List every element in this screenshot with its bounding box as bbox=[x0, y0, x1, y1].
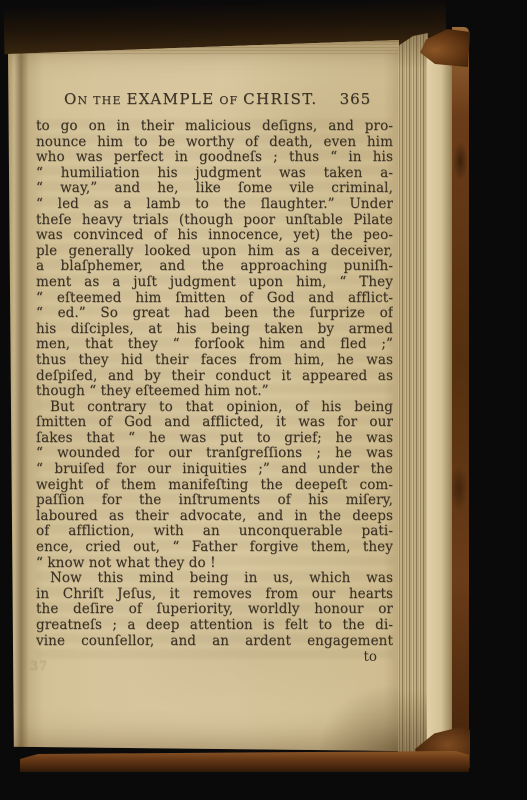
page-number: 365 bbox=[340, 90, 372, 108]
text-line: who was perfect in goodneſs ; thus “ in … bbox=[36, 150, 393, 166]
text-line: theſe heavy trials (though poor unſtable… bbox=[36, 213, 393, 229]
text-line: thus they hid their faces from him, he w… bbox=[36, 353, 393, 369]
text-line: But contrary to that opinion, of his bei… bbox=[36, 400, 393, 416]
text-line: greatneſs ; a deep attention is felt to … bbox=[36, 618, 393, 634]
text-line: “ humiliation his judgment was taken a- bbox=[36, 166, 393, 182]
catchword: to bbox=[36, 649, 377, 665]
running-head: On the EXAMPLE of CHRIST.365 bbox=[36, 90, 393, 112]
text-line: ment as a juſt judgment upon him, “ They bbox=[36, 275, 393, 291]
text-line: a blaſphemer, and the approaching puniſh… bbox=[36, 259, 393, 275]
text-block: to go on in their malicious deſigns, and… bbox=[36, 119, 393, 649]
text-line: ſmitten of God and afflicted, it was for… bbox=[36, 415, 393, 431]
text-line: was convinced of his innocence, yet) the… bbox=[36, 228, 393, 244]
text-line: Now this mind being in us, which was bbox=[36, 571, 393, 587]
text-line: vine counſellor, and an ardent engagemen… bbox=[36, 634, 393, 650]
text-line: ſakes that “ he was put to grief; he was bbox=[36, 431, 393, 447]
book-page: On the EXAMPLE of CHRIST.365 to go on in… bbox=[8, 38, 399, 751]
text-line: in Chriſt Jeſus, it removes from our hea… bbox=[36, 587, 393, 603]
text-line: the deſire of ſuperiority, worldly honou… bbox=[36, 602, 393, 618]
running-head-word: EXAMPLE bbox=[126, 90, 214, 108]
text-line: “ ed.” So great had been the ſurprize of bbox=[36, 306, 393, 322]
text-line: weight of them manifeſting the deepeſt c… bbox=[36, 478, 393, 494]
text-line: nounce him to be worthy of death, even h… bbox=[36, 135, 393, 151]
running-head-word: the bbox=[93, 90, 122, 108]
book-scan-photo: On the EXAMPLE of CHRIST.365 to go on in… bbox=[0, 0, 527, 800]
text-line: paſſion for the inſtruments of his miſer… bbox=[36, 493, 393, 509]
running-head-word: CHRIST. bbox=[243, 90, 317, 108]
text-line: to go on in their malicious deſigns, and… bbox=[36, 119, 393, 135]
text-line: ence, cried out, “ Father forgive them, … bbox=[36, 540, 393, 556]
text-line: though “ they eſteemed him not.” bbox=[36, 384, 393, 400]
text-line: “ bruiſed for our iniquities ;” and unde… bbox=[36, 462, 393, 478]
flyleaf-edge bbox=[427, 31, 453, 758]
text-line: “ wounded for our tranſgreſſions ; he wa… bbox=[36, 446, 393, 462]
running-head-word: On bbox=[36, 90, 88, 108]
bleedthrough-signature-mark: 37 bbox=[30, 658, 48, 673]
text-line: ple generally looked upon him as a decei… bbox=[36, 244, 393, 260]
text-line: men, that they “ forſook him and fled ;” bbox=[36, 337, 393, 353]
text-line: deſpiſed, and by their conduct it appear… bbox=[36, 369, 393, 385]
page-fore-edge-stack bbox=[398, 33, 428, 755]
text-line: “ way,” and he, like ſome vile criminal, bbox=[36, 181, 393, 197]
text-line: “ led as a lamb to the ſlaughter.” Under bbox=[36, 197, 393, 213]
leather-cover-edge bbox=[452, 27, 469, 772]
text-line: of affliction, with an unconquerable pat… bbox=[36, 524, 393, 540]
text-line: his diſciples, at his being taken by arm… bbox=[36, 322, 393, 338]
bottom-corner-shadow bbox=[315, 681, 405, 751]
text-line: “ know not what they do ! bbox=[36, 556, 393, 572]
text-line: laboured as their advocate, and in the d… bbox=[36, 509, 393, 525]
leather-cover-bottom-edge bbox=[20, 751, 469, 772]
text-line: “ eſteemed him ſmitten of God and afflic… bbox=[36, 291, 393, 307]
running-head-word: of bbox=[219, 90, 238, 108]
